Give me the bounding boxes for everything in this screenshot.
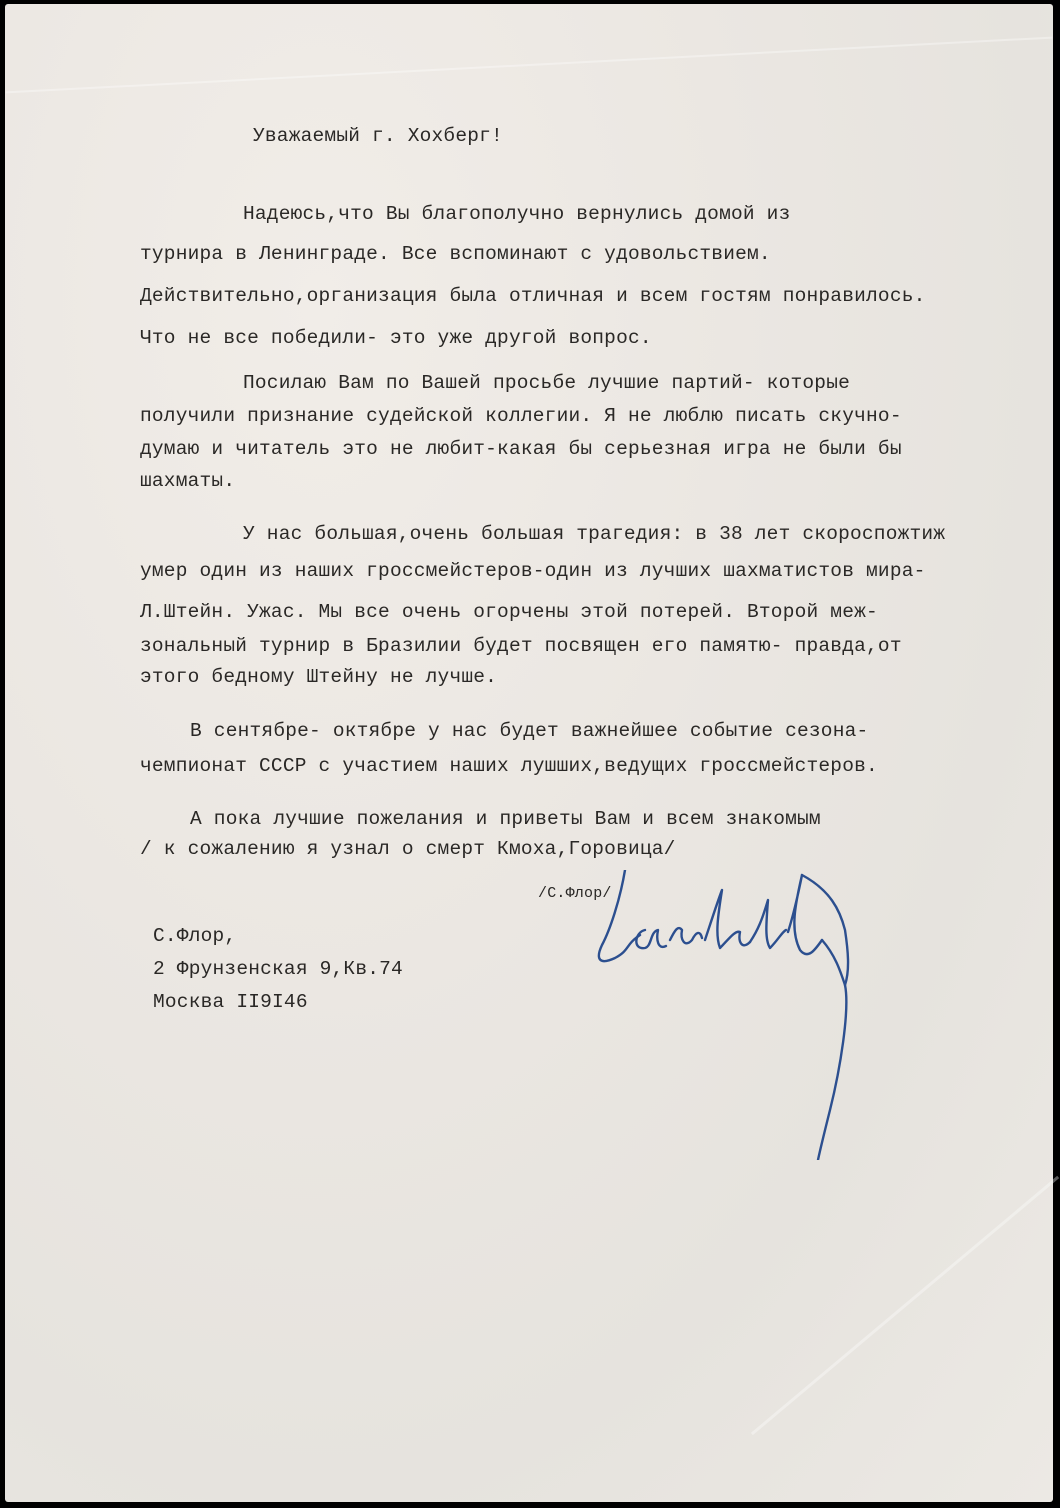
paragraph-1-line-1: Надеюсь,что Вы благополучно вернулись до… — [243, 203, 791, 225]
paper-crease — [751, 1176, 1059, 1435]
sender-city: Москва II9I46 — [153, 991, 308, 1013]
closing-line-2: / к сожалению я узнал о смерт Кмоха,Горо… — [140, 838, 676, 860]
paragraph-2-line-4: шахматы. — [140, 470, 235, 492]
paragraph-2-line-2: получили признание судейской коллегии. Я… — [140, 405, 902, 427]
letter-sheet — [5, 4, 1053, 1502]
paragraph-4-line-2: чемпионат СССР с участием наших лушших,в… — [140, 755, 878, 777]
paragraph-3-line-4: зональный турнир в Бразилии будет посвящ… — [140, 635, 902, 657]
paragraph-3-line-2: умер один из наших гроссмейстеров-один и… — [140, 560, 926, 582]
paragraph-4-line-1: В сентябре- октябре у нас будет важнейше… — [190, 720, 868, 742]
sender-name: С.Флор, — [153, 925, 236, 947]
handwritten-signature — [590, 870, 990, 1160]
paragraph-1-line-2: турнира в Ленинграде. Все вспоминают с у… — [140, 243, 771, 265]
closing-line-1: А пока лучшие пожелания и приветы Вам и … — [190, 808, 821, 830]
paper-crease — [6, 37, 1053, 94]
paragraph-3-line-1: У нас большая,очень большая трагедия: в … — [243, 523, 945, 545]
sender-street: 2 Фрунзенская 9,Кв.74 — [153, 958, 403, 980]
paragraph-3-line-3: Л.Штейн. Ужас. Мы все очень огорчены это… — [140, 601, 878, 623]
paragraph-3-line-5: этого бедному Штейну не лучше. — [140, 666, 497, 688]
paragraph-1-line-3: Действительно,организация была отличная … — [140, 285, 926, 307]
paragraph-2-line-1: Посилаю Вам по Вашей просьбе лучшие парт… — [243, 372, 850, 394]
salutation: Уважаемый г. Хохберг! — [253, 125, 503, 147]
paragraph-1-line-4: Что не все победили- это уже другой вопр… — [140, 327, 652, 349]
paragraph-2-line-3: думаю и читатель это не любит-какая бы с… — [140, 438, 902, 460]
